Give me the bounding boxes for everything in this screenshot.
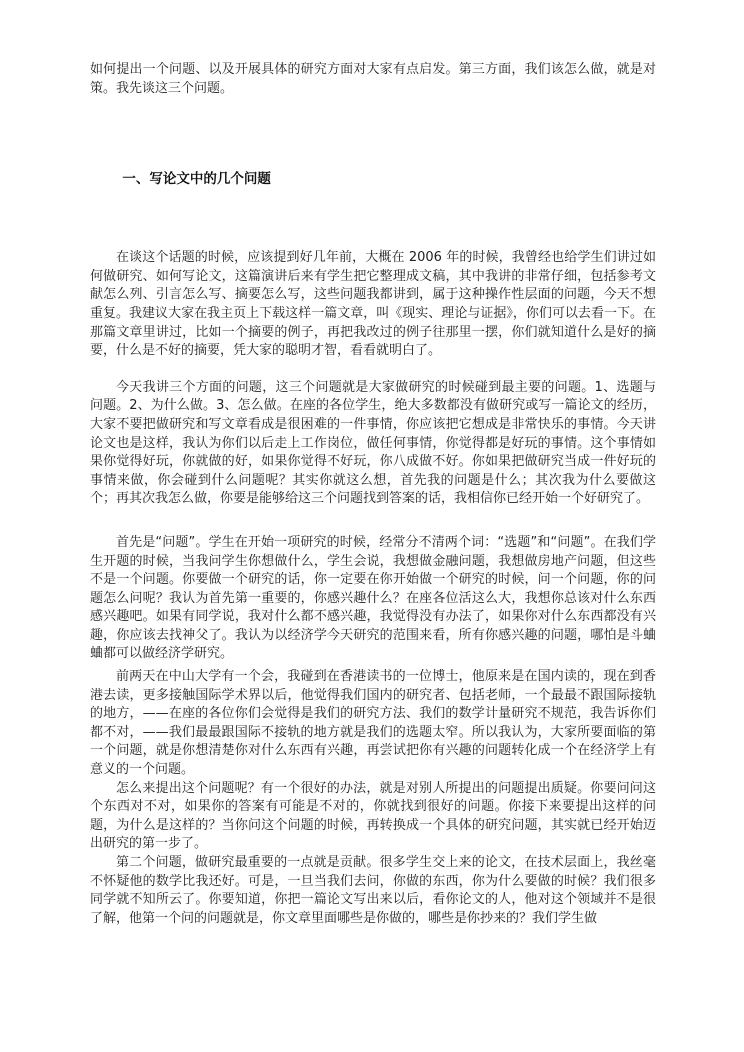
paragraph: 前两天在中山大学有一个会，我碰到在香港读书的一位博士，他原来是在国内读的，现在到… xyxy=(90,668,656,780)
paragraph: 在谈这个话题的时候，应该提到好几年前，大概在 2006 年的时候，我曾经也给学生… xyxy=(90,249,656,361)
paragraph: 今天我讲三个方面的问题，这三个问题就是大家做研究的时候碰到最主要的问题。1、选题… xyxy=(90,379,656,509)
intro-paragraph: 如何提出一个问题、以及开展具体的研究方面对大家有点启发。第三方面，我们该怎么做，… xyxy=(90,61,656,98)
paragraph: 怎么来提出这个问题呢？有一个很好的办法，就是对别人所提出的问题提出质疑。你要问问… xyxy=(90,780,656,854)
paragraph: 第二个问题，做研究最重要的一点就是贡献。很多学生交上来的论文，在技术层面上，我丝… xyxy=(90,854,656,928)
document-page: 如何提出一个问题、以及开展具体的研究方面对大家有点启发。第三方面，我们该怎么做，… xyxy=(0,0,744,1052)
paragraph: 首先是“问题”。学生在开始一项研究的时候，经常分不清两个词：“选题”和“问题”。… xyxy=(90,534,656,664)
section-heading: 一、写论文中的几个问题 xyxy=(90,170,656,189)
